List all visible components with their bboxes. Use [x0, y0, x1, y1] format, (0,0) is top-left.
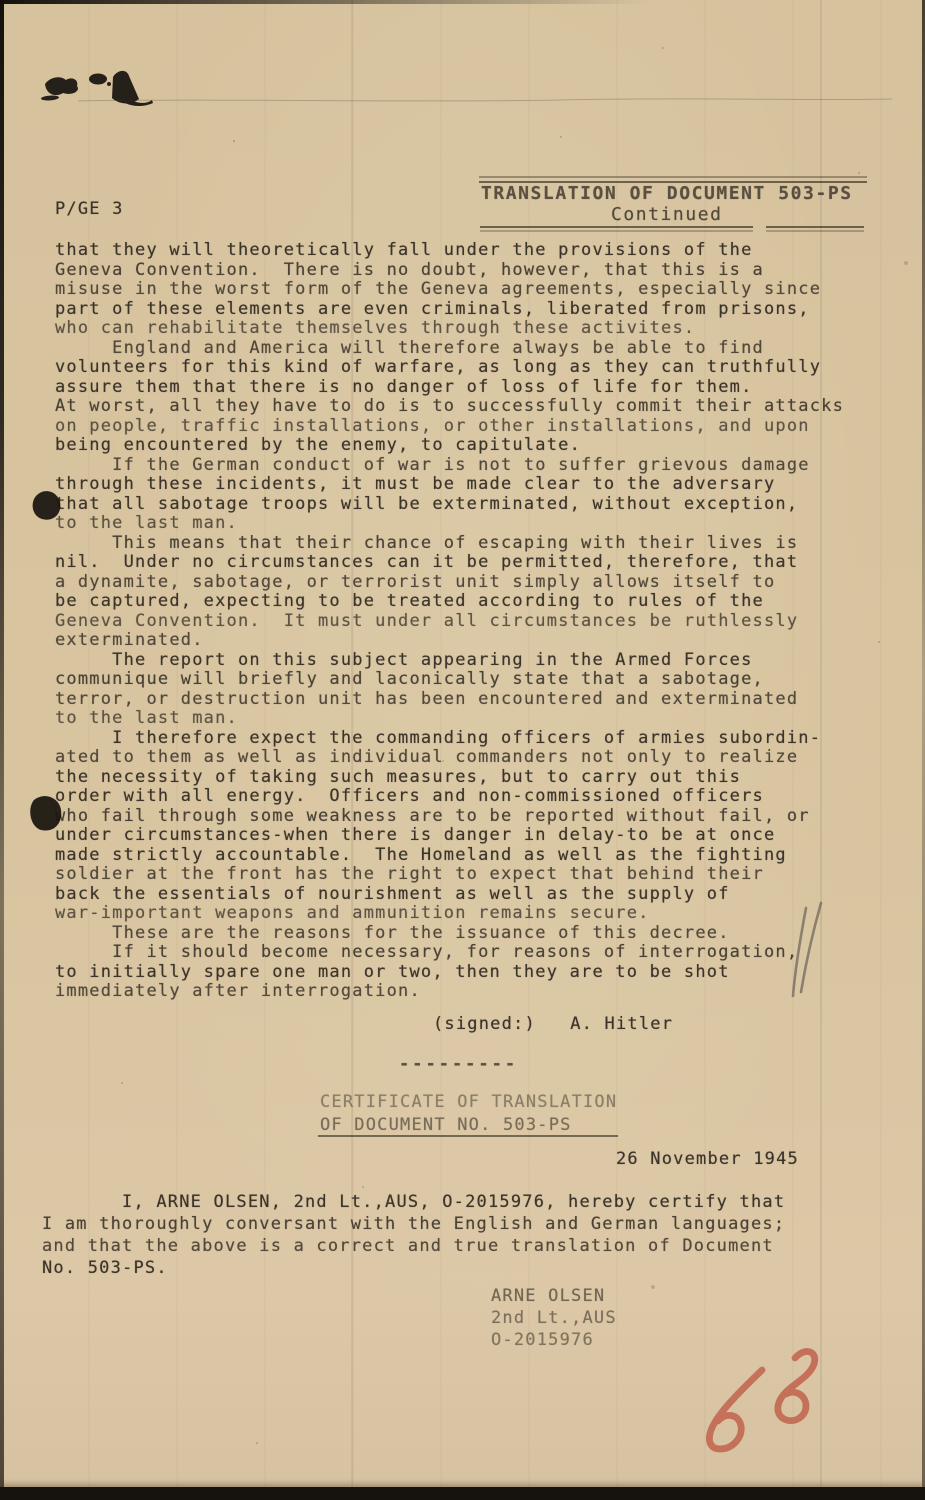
typed-line: Geneva Convention. There is no doubt, ho…: [55, 261, 844, 281]
typed-line: These are the reasons for the issuance o…: [55, 924, 844, 944]
typed-line: This means that their chance of escaping…: [55, 534, 844, 554]
typed-line: a dynamite, sabotage, or terrorist unit …: [55, 573, 844, 593]
typed-line: volunteers for this kind of warfare, as …: [55, 358, 844, 378]
header-underline-left-faint: [480, 230, 753, 232]
certificate-date: 26 November 1945: [616, 1149, 799, 1169]
certificate-heading-underline: [318, 1135, 618, 1137]
typed-line: If the German conduct of war is not to s…: [55, 456, 844, 476]
typed-line: be captured, expecting to be treated acc…: [55, 592, 844, 612]
typed-line: 2nd Lt.,AUS: [491, 1307, 617, 1329]
typed-line: the necessity of taking such measures, b…: [55, 768, 844, 788]
scan-edge-top: [0, 0, 648, 4]
typed-line: assure them that there is no danger of l…: [55, 378, 844, 398]
typed-line: through these incidents, it must be made…: [55, 475, 844, 495]
typed-line: that all sabotage troops will be extermi…: [55, 495, 844, 515]
scan-edge-left: [0, 0, 4, 1500]
typed-line: exterminated.: [55, 631, 844, 651]
typed-line: that they will theoretically fall under …: [55, 241, 844, 261]
header-title: TRANSLATION OF DOCUMENT 503-PS: [481, 183, 853, 204]
certificate-body-text: I, ARNE OLSEN, 2nd Lt.,AUS, O-2015976, h…: [42, 1191, 785, 1279]
typed-line: I therefore expect the commanding office…: [55, 729, 844, 749]
typed-line: under circumstances-when there is danger…: [55, 826, 844, 846]
typed-line: who fail through some weakness are to be…: [55, 807, 844, 827]
typed-line: part of these elements are even criminal…: [55, 300, 844, 320]
typed-line: communique will briefly and laconically …: [55, 670, 844, 690]
typed-line: and that the above is a correct and true…: [42, 1235, 785, 1257]
typed-line: No. 503-PS.: [42, 1257, 785, 1279]
typed-line: to initially spare one man or two, then …: [55, 963, 844, 983]
section-divider: ---------: [399, 1054, 518, 1074]
header-overline-faint: [479, 176, 867, 178]
typed-line: England and America will therefore alway…: [55, 339, 844, 359]
typed-line: terror, or destruction unit has been enc…: [55, 690, 844, 710]
typed-line: immediately after interrogation.: [55, 982, 844, 1002]
header-continued-label: Continued: [611, 204, 722, 225]
typed-line: on people, traffic installations, or oth…: [55, 417, 844, 437]
typed-line: misuse in the worst form of the Geneva a…: [55, 280, 844, 300]
typed-line: who can rehabilitate themselves through …: [55, 319, 844, 339]
typed-line: O-2015976: [491, 1329, 617, 1351]
page-label: P/GE 3: [55, 199, 124, 219]
header-underline-right-faint: [766, 230, 864, 232]
typed-line: being encountered by the enemy, to capit…: [55, 436, 844, 456]
typed-line: to the last man.: [55, 709, 844, 729]
typed-line: The report on this subject appearing in …: [55, 651, 844, 671]
typed-line: If it should become necessary, for reaso…: [55, 943, 844, 963]
scanned-document-page: P/GE 3 TRANSLATION OF DOCUMENT 503-PS Co…: [0, 0, 925, 1500]
typed-line: order with all energy. Officers and non-…: [55, 787, 844, 807]
typed-line: ated to them as well as individual comma…: [55, 748, 844, 768]
certificate-heading-line2: OF DOCUMENT NO. 503-PS: [320, 1115, 572, 1135]
typed-line: At worst, all they have to do is to succ…: [55, 397, 844, 417]
typed-line: war-important weapons and ammunition rem…: [55, 904, 844, 924]
header-underline-left: [480, 226, 753, 228]
typed-line: back the essentials of nourishment as we…: [55, 885, 844, 905]
typed-line: I, ARNE OLSEN, 2nd Lt.,AUS, O-2015976, h…: [42, 1191, 785, 1213]
certificate-heading-line1: CERTIFICATE OF TRANSLATION: [320, 1092, 617, 1112]
typed-line: I am thoroughly conversant with the Engl…: [42, 1213, 785, 1235]
typed-line: Geneva Convention. It must under all cir…: [55, 612, 844, 632]
decree-signature-line: (signed:) A. Hitler: [433, 1014, 673, 1034]
typed-line: nil. Under no circumstances can it be pe…: [55, 553, 844, 573]
typed-line: soldier at the front has the right to ex…: [55, 865, 844, 885]
typed-line: to the last man.: [55, 514, 844, 534]
typed-line: ARNE OLSEN: [491, 1285, 617, 1307]
header-underline-right: [766, 226, 864, 228]
document-body-text: that they will theoretically fall under …: [55, 241, 844, 1002]
typed-line: made strictly accountable. The Homeland …: [55, 846, 844, 866]
scan-edge-bottom: [0, 1487, 925, 1500]
translator-signature-block: ARNE OLSEN2nd Lt.,AUSO-2015976: [491, 1285, 617, 1351]
